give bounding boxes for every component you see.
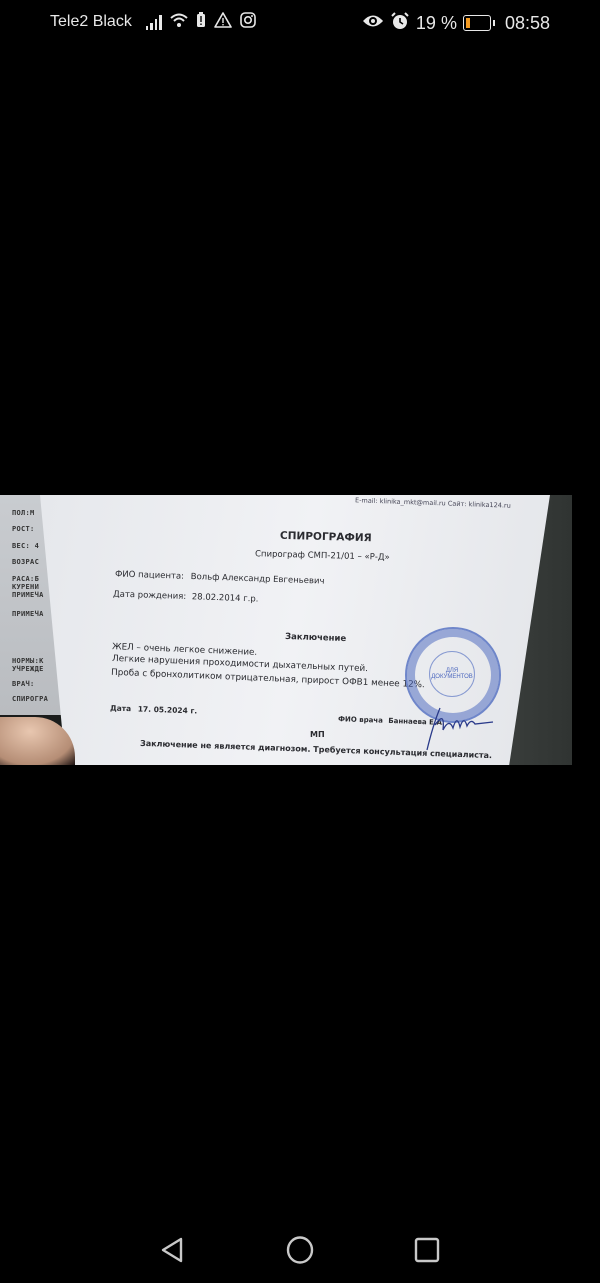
recents-button[interactable] (412, 1235, 442, 1265)
back-sheet-label: НОРМЫ:К (12, 657, 44, 665)
doctor-label: ФИО врача (338, 715, 383, 725)
report-title: СПИРОГРАФИЯ (280, 530, 372, 544)
dob-value: 28.02.2014 г.р. (192, 592, 259, 604)
document-photo: ПОЛ:МРОСТ:ВЕС: 4ВОЗРАСРАСА:БКУРЕНИПРИМЕЧ… (0, 495, 600, 765)
carrier-name: Tele2 Black (50, 13, 132, 31)
home-icon (285, 1235, 315, 1265)
contacts-line: E-mail: klinika_mkt@mail.ru Сайт: klinik… (355, 496, 511, 509)
instagram-icon (240, 12, 256, 32)
patient-name: Вольф Александр Евгеньевич (191, 572, 325, 587)
photo-border (572, 495, 600, 765)
dob-label: Дата рождения: (113, 589, 186, 602)
back-sheet-label: ВРАЧ: (12, 680, 35, 688)
status-bar: Tele2 Black 19 % 08:58 (0, 0, 600, 46)
battery-icon (463, 15, 491, 31)
back-sheet-label: ВОЗРАС (12, 558, 39, 566)
conclusion-line-3: Проба с бронхолитиком отрицательная, при… (111, 668, 425, 691)
warning-icon (214, 12, 232, 32)
date-value: 17. 05.2024 г. (138, 704, 198, 715)
back-icon (159, 1236, 185, 1264)
back-sheet-label: РОСТ: (12, 525, 35, 533)
back-sheet-label: ПРИМЕЧА (12, 591, 44, 599)
recents-icon (413, 1236, 441, 1264)
back-sheet-label: СПИРОГРА (12, 695, 48, 703)
stamp-place-label: МП (310, 730, 325, 739)
clock: 08:58 (505, 13, 550, 34)
battery-percent: 19 % (416, 13, 457, 34)
conclusion-heading: Заключение (285, 632, 347, 644)
date-label: Дата (110, 703, 131, 713)
signal-icon (146, 14, 162, 30)
battery-alert-icon (196, 12, 206, 32)
dob-line: Дата рождения: 28.02.2014 г.р. (113, 589, 259, 604)
eye-icon (362, 13, 384, 33)
alarm-icon (390, 12, 410, 34)
spirography-report: E-mail: klinika_mkt@mail.ru Сайт: klinik… (40, 495, 550, 765)
back-sheet-label: ВЕС: 4 (12, 542, 39, 550)
back-sheet-label: ПРИМЕЧА (12, 610, 44, 618)
wifi-icon (170, 12, 188, 32)
device-line: Спирограф СМП-21/01 – «Р-Д» (255, 549, 390, 563)
date-line: Дата 17. 05.2024 г. (110, 703, 197, 715)
stamp-center: ДЛЯ ДОКУМЕНТОВ (429, 651, 475, 697)
back-sheet-label: УЧРЕЖДЕ (12, 665, 44, 673)
back-button[interactable] (157, 1235, 187, 1265)
doctor-signature (415, 700, 495, 755)
patient-label: ФИО пациента: (115, 569, 184, 581)
stamp-text-2: ДОКУМЕНТОВ (431, 674, 473, 680)
back-sheet-label: КУРЕНИ (12, 583, 39, 591)
patient-line: ФИО пациента: Вольф Александр Евгеньевич (115, 569, 325, 586)
back-sheet-label: РАСА:Б (12, 575, 39, 583)
navigation-bar (0, 1215, 600, 1283)
home-button[interactable] (285, 1235, 315, 1265)
back-sheet-label: ПОЛ:М (12, 509, 35, 517)
